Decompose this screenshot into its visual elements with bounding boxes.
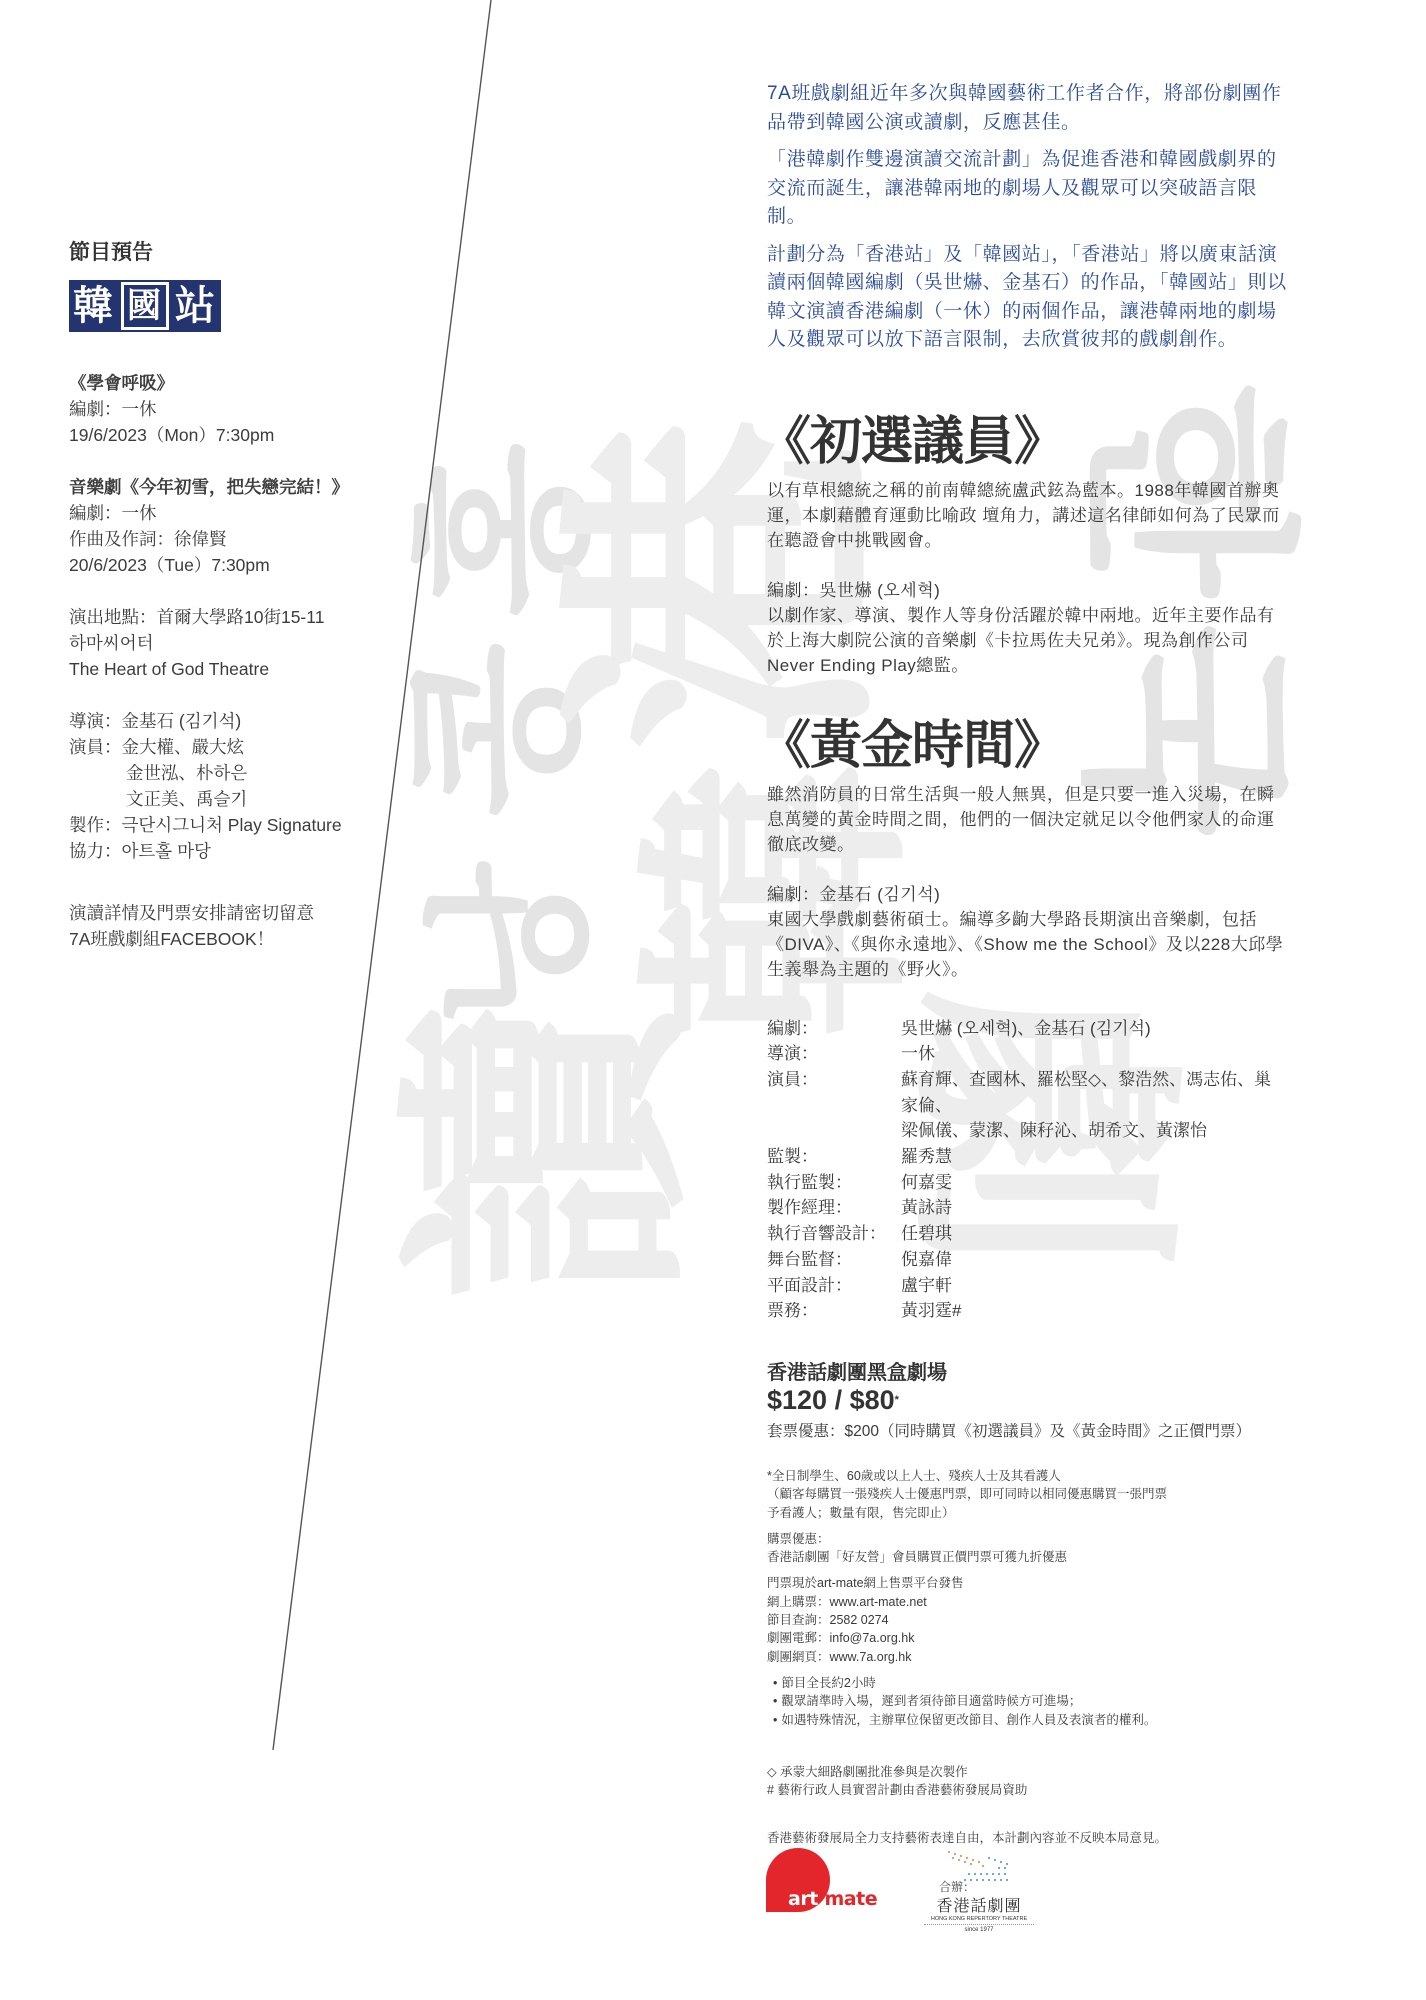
credit-value: 倪嘉偉 <box>901 1247 1287 1273</box>
hkrep-dots-icon <box>939 1848 1029 1888</box>
credit-row: 製作經理：黃詠詩 <box>767 1195 1287 1221</box>
program-2-datetime: 20/6/2023（Tue）7:30pm <box>69 552 389 578</box>
footnote-hash: # 藝術行政人員實習計劃由香港藝術發展局資助 <box>767 1781 1287 1799</box>
concession-line: （顧客每購買一張殘疾人士優惠門票，即可同時以相同優惠購買一張門票 <box>767 1487 1167 1501</box>
korea-credits: 導演：金基石 (김기석) 演員：金大權、嚴大炫 金世泓、朴하은 文正美、禹슬기 … <box>69 708 389 864</box>
credit-row: 梁佩儀、蒙潔、陳秄沁、胡希文、黃潔怡 <box>767 1118 1287 1144</box>
credit-row: 舞台監督：倪嘉偉 <box>767 1247 1287 1273</box>
credit-label <box>767 1118 901 1144</box>
play-2-writer-bio: 編劇：金基石 (김기석) 東國大學戲劇藝術碩士。編導多齣大學路長期演出音樂劇，包… <box>767 882 1287 982</box>
credit-label: 執行監製： <box>767 1170 901 1196</box>
notice: 演讀詳情及門票安排請密切留意 7A班戲劇組FACEBOOK！ <box>69 900 389 952</box>
credit-value: 梁佩儀、蒙潔、陳秄沁、胡希文、黃潔怡 <box>901 1118 1287 1144</box>
package-offer: 套票優惠：$200（同時購買《初選議員》及《黃金時間》之正價門票） <box>767 1419 1287 1441</box>
credit-label: 導演： <box>767 1041 901 1067</box>
cast-line-1: 演員：金大權、嚴大炫 <box>69 734 389 760</box>
credit-value: 羅秀慧 <box>901 1144 1287 1170</box>
credit-label: 監製： <box>767 1144 901 1170</box>
notice-line-2: 7A班戲劇組FACEBOOK！ <box>69 926 389 952</box>
notice-line-1: 演讀詳情及門票安排請密切留意 <box>69 900 389 926</box>
disclaimer: 香港藝術發展局全力支持藝術表達自由，本計劃內容並不反映本局意見。 <box>767 1829 1287 1847</box>
discount-text: 香港話劇團「好友營」會員購買正價門票可獲九折優惠 <box>767 1550 1067 1564</box>
program-1-title: 《學會呼吸》 <box>69 370 389 396</box>
hk-credits: 編劇：吳世爀 (오세혁)、金基石 (김기석) 導演：一休 演員：蘇育輝、查國林、… <box>767 1016 1287 1324</box>
notice-bullets: 節目全長約2小時 觀眾請準時入場，遲到者須待節目適當時候方可進場； 如遇特殊情況… <box>767 1674 1287 1729</box>
artmate-text-b: mate <box>825 1888 878 1910</box>
right-column: 7A班戲劇組近年多次與韓國藝術工作者合作，將部份劇團作品帶到韓國公演或讀劇，反應… <box>767 80 1287 1896</box>
bullet-item: 如遇特殊情況，主辦單位保留更改節目、創作人員及表演者的權利。 <box>773 1711 1287 1729</box>
hk-venue: 香港話劇團黑盒劇場 <box>767 1356 1287 1385</box>
ticketing-email-link[interactable]: 劇團電郵：info@7a.org.hk <box>767 1631 914 1645</box>
price-mark: * <box>895 1394 899 1406</box>
credit-row: 票務：黃羽霆# <box>767 1298 1287 1324</box>
section-title: 節目預告 <box>69 240 389 266</box>
program-1-writer: 編劇：一休 <box>69 396 389 422</box>
production: 製作：극단시그니처 Play Signature <box>69 812 389 838</box>
artmate-text-a: art <box>788 1888 818 1910</box>
intro-paragraph-1: 7A班戲劇組近年多次與韓國藝術工作者合作，將部份劇團作品帶到韓國公演或讀劇，反應… <box>767 80 1287 137</box>
credit-value: 一休 <box>901 1041 1287 1067</box>
credit-label: 票務： <box>767 1298 901 1324</box>
program-2-writer: 編劇：一休 <box>69 500 389 526</box>
hkrep-since: since 1977 <box>924 1927 1034 1933</box>
bullet-item: 觀眾請準時入場，遲到者須待節目適當時候方可進場； <box>773 1692 1287 1710</box>
hkrep-chinese-name: 香港話劇團 <box>924 1893 1034 1916</box>
play-1-bio: 以劇作家、導演、製作人等身份活躍於韓中兩地。近年主要作品有於上海大劇院公演的音樂… <box>767 606 1275 675</box>
cast-line-3: 文正美、禹슬기 <box>69 786 389 812</box>
credit-label: 製作經理： <box>767 1195 901 1221</box>
ticketing-enquiry: 節目查詢：2582 0274 <box>767 1613 889 1627</box>
footnote-diamond: ◇ 承蒙大細路劇團批准參與是次製作 <box>767 1763 1287 1781</box>
play-2-writer: 編劇：金基石 (김기석) <box>767 885 940 904</box>
play-1-writer: 編劇：吳世爀 (오세혁) <box>767 581 940 600</box>
hkrep-logo[interactable]: 香港話劇團 HONG KONG REPERTORY THEATRE since … <box>924 1848 1034 1933</box>
ticketing-intro: 門票現於art-mate網上售票平台發售 <box>767 1576 964 1590</box>
credit-row: 平面設計：盧宇軒 <box>767 1273 1287 1299</box>
credit-value: 蘇育輝、查國林、羅松堅◇、黎浩然、馮志佑、巢家倫、 <box>901 1067 1287 1118</box>
badge-char-zhan: 站 <box>175 293 217 319</box>
price-value: $120 / $80 <box>767 1385 895 1415</box>
credit-label: 平面設計： <box>767 1273 901 1299</box>
artmate-wordmark: art·mate <box>788 1888 877 1910</box>
venue-info: 演出地點：首爾大學路10街15-11 하마씨어터 The Heart of Go… <box>69 604 389 682</box>
discount-title: 購票優惠： <box>767 1532 830 1546</box>
discount-note: 購票優惠： 香港話劇團「好友營」會員購買正價門票可獲九折優惠 <box>767 1530 1287 1567</box>
play-2-bio: 東國大學戲劇藝術碩士。編導多齣大學路長期演出音樂劇，包括《DIVA》、《與你永遠… <box>767 910 1283 979</box>
venue-korean-name: 하마씨어터 <box>69 630 389 656</box>
play-1-synopsis: 以有草根總統之稱的前南韓總統盧武鉉為藍本。1988年韓國首辦奧運，本劇藉體育運動… <box>767 478 1287 553</box>
concession-line: 予看護人；數量有限，售完即止） <box>767 1506 955 1520</box>
badge-char-guo: 國 <box>121 282 169 330</box>
intro: 7A班戲劇組近年多次與韓國藝術工作者合作，將部份劇團作品帶到韓國公演或讀劇，反應… <box>767 80 1287 355</box>
concession-note: *全日制學生、60歲或以上人士、殘疾人士及其看護人 （顧客每購買一張殘疾人士優惠… <box>767 1467 1287 1522</box>
program-2: 音樂劇《今年初雪，把失戀完結！》 編劇：一休 作曲及作詞：徐偉賢 20/6/20… <box>69 474 389 578</box>
ticketing-online-link[interactable]: 網上購票：www.art-mate.net <box>767 1595 927 1609</box>
program-2-title: 音樂劇《今年初雪，把失戀完結！》 <box>69 474 389 500</box>
ticketing-website-link[interactable]: 劇團網頁：www.7a.org.hk <box>767 1650 911 1664</box>
play-2-synopsis: 雖然消防員的日常生活與一般人無異，但是只要一進入災場，在瞬息萬變的黃金時間之間，… <box>767 782 1287 857</box>
venue-english-name: The Heart of God Theatre <box>69 656 389 682</box>
concession-line: *全日制學生、60歲或以上人士、殘疾人士及其看護人 <box>767 1469 1061 1483</box>
left-column: 節目預告 韓 國 站 《學會呼吸》 編劇：一休 19/6/2023（Mon）7:… <box>69 240 389 978</box>
badge-char-han: 韓 <box>73 293 115 319</box>
credit-value: 黃詠詩 <box>901 1195 1287 1221</box>
ticketing-info: 門票現於art-mate網上售票平台發售 網上購票：www.art-mate.n… <box>767 1574 1287 1665</box>
ticket-price: $120 / $80* <box>767 1385 1287 1415</box>
credit-value: 吳世爀 (오세혁)、金基石 (김기석) <box>901 1016 1287 1042</box>
play-1-title: 《初選議員》 <box>759 399 1287 474</box>
ticket-notes: *全日制學生、60歲或以上人士、殘疾人士及其看護人 （顧客每購買一張殘疾人士優惠… <box>767 1467 1287 1896</box>
logos: art·mate 香港話劇團 HONG KONG REPERTORY THEAT… <box>766 1848 1034 1933</box>
credit-row: 執行音響設計：任碧琪 <box>767 1221 1287 1247</box>
play-2-title: 《黃金時間》 <box>759 703 1287 778</box>
footnotes: ◇ 承蒙大細路劇團批准參與是次製作 # 藝術行政人員實習計劃由香港藝術發展局資助 <box>767 1763 1287 1800</box>
credit-row: 演員：蘇育輝、查國林、羅松堅◇、黎浩然、馮志佑、巢家倫、 <box>767 1067 1287 1118</box>
play-1-writer-bio: 編劇：吳世爀 (오세혁) 以劇作家、導演、製作人等身份活躍於韓中兩地。近年主要作… <box>767 578 1287 678</box>
credit-row: 監製：羅秀慧 <box>767 1144 1287 1170</box>
cast-line-2: 金世泓、朴하은 <box>69 760 389 786</box>
credit-row: 執行監製：何嘉雯 <box>767 1170 1287 1196</box>
korea-station-badge: 韓 國 站 <box>69 280 221 332</box>
program-1-datetime: 19/6/2023（Mon）7:30pm <box>69 422 389 448</box>
support: 協力：아트홀 마당 <box>69 838 389 864</box>
credit-row: 導演：一休 <box>767 1041 1287 1067</box>
credit-value: 何嘉雯 <box>901 1170 1287 1196</box>
credit-label: 演員： <box>767 1067 901 1118</box>
credit-label: 編劇： <box>767 1016 901 1042</box>
credit-label: 舞台監督： <box>767 1247 901 1273</box>
credit-value: 盧宇軒 <box>901 1273 1287 1299</box>
hkrep-english-name: HONG KONG REPERTORY THEATRE <box>924 1916 1034 1925</box>
director: 導演：金基石 (김기석) <box>69 708 389 734</box>
artmate-logo[interactable]: art·mate <box>766 1848 866 1920</box>
program-1: 《學會呼吸》 編劇：一休 19/6/2023（Mon）7:30pm <box>69 370 389 448</box>
intro-paragraph-2: 「港韓劇作雙邊演讀交流計劃」為促進香港和韓國戲劇界的交流而誕生，讓港韓兩地的劇場… <box>767 146 1287 232</box>
credit-label: 執行音響設計： <box>767 1221 901 1247</box>
intro-paragraph-3: 計劃分為「香港站」及「韓國站」，「香港站」將以廣東話演讀兩個韓國編劇（吳世爀、金… <box>767 241 1287 355</box>
credit-value: 任碧琪 <box>901 1221 1287 1247</box>
venue-address: 演出地點：首爾大學路10街15-11 <box>69 604 389 630</box>
credit-value: 黃羽霆# <box>901 1298 1287 1324</box>
bullet-item: 節目全長約2小時 <box>773 1674 1287 1692</box>
program-2-composer: 作曲及作詞：徐偉賢 <box>69 526 389 552</box>
credit-row: 編劇：吳世爀 (오세혁)、金基石 (김기석) <box>767 1016 1287 1042</box>
